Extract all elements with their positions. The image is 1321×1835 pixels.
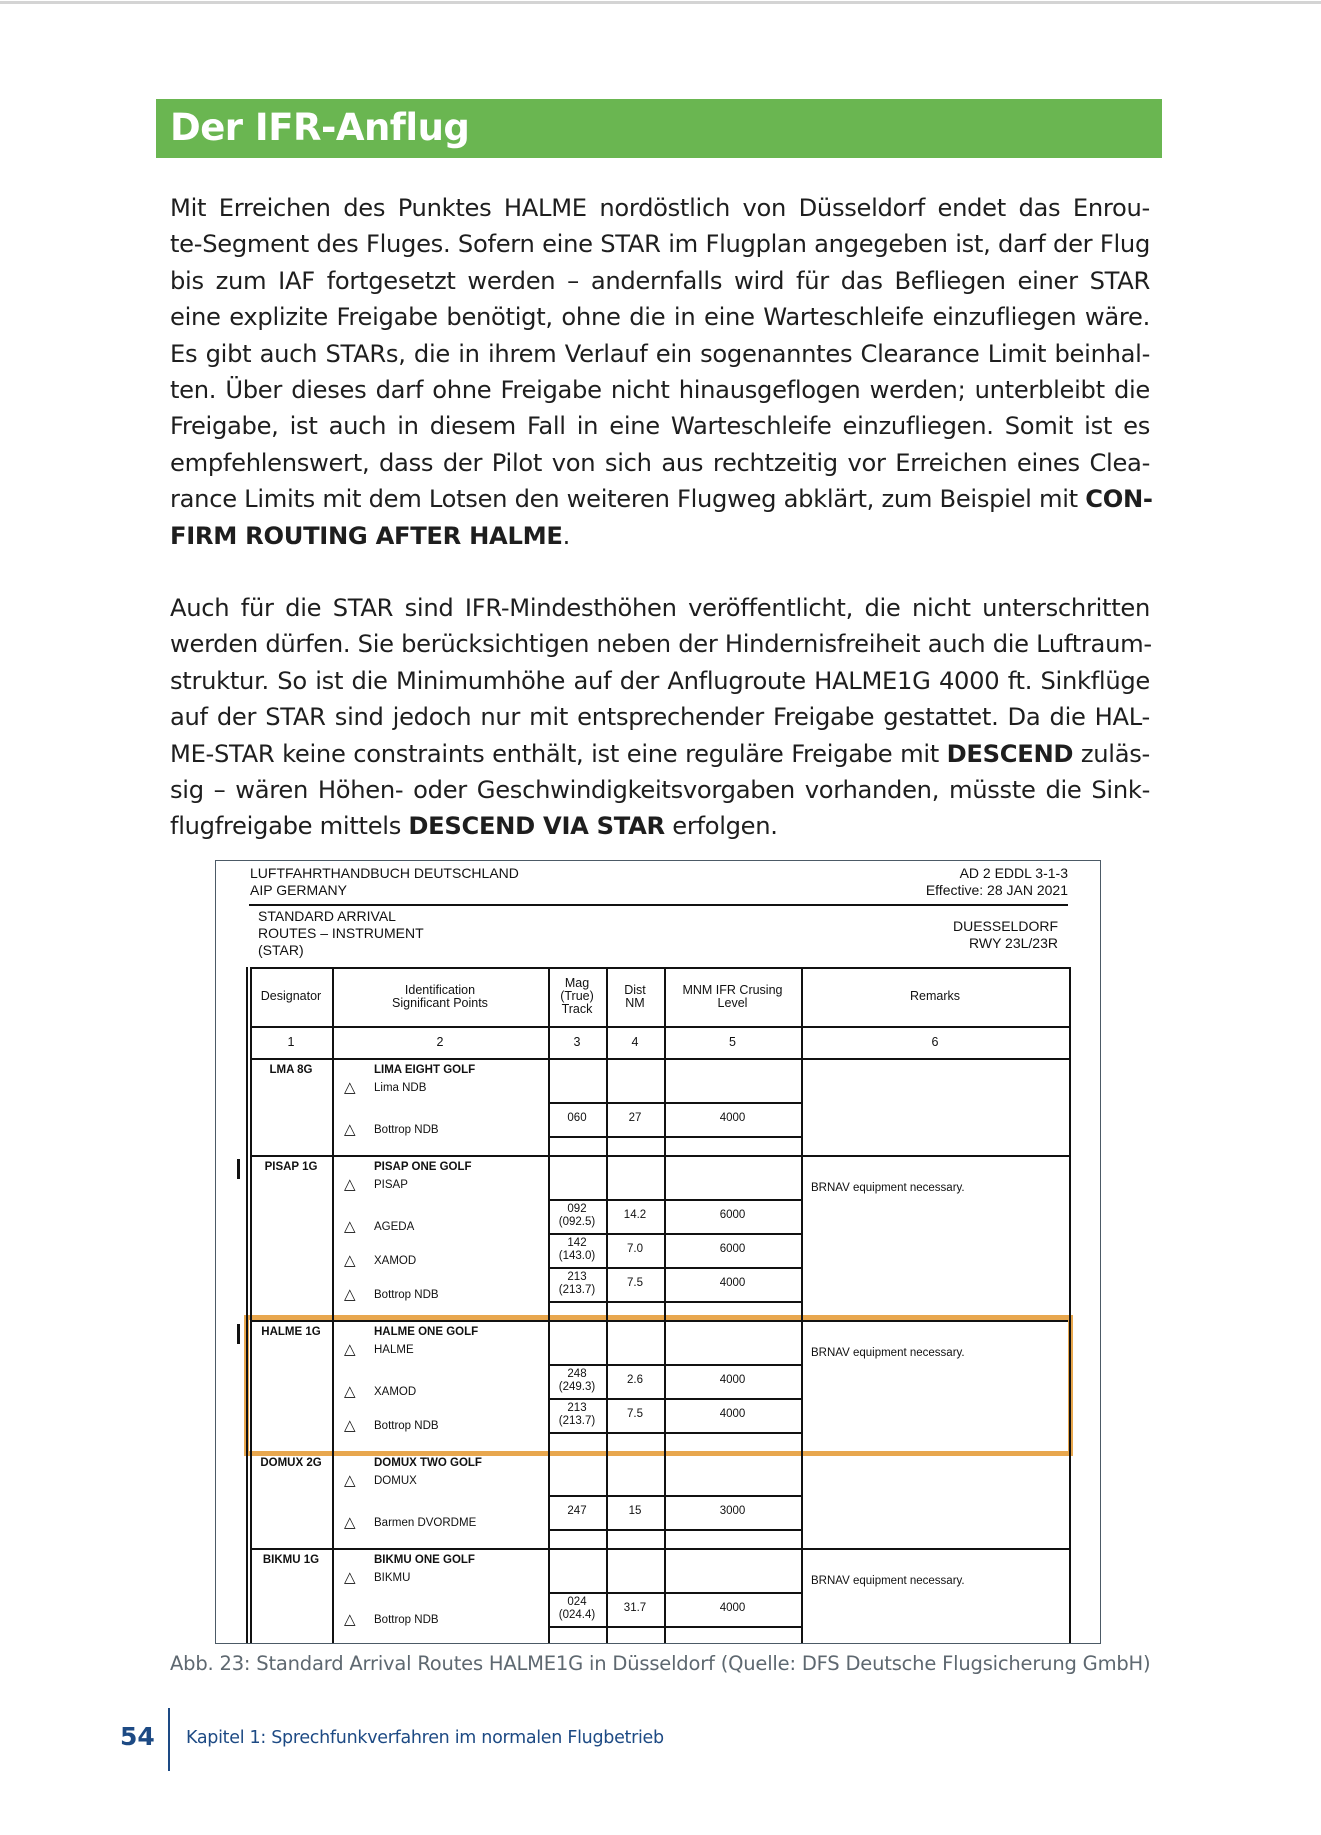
leg-rule — [548, 1626, 803, 1628]
triangle-icon: △ — [344, 1287, 356, 1302]
text-line: empfehlenswert, dass der Pilot von sich … — [170, 445, 1150, 481]
leg-distance: 15 — [606, 1505, 664, 1518]
paragraph-2: Auch für die STAR sind IFR-Mindesthöhen … — [170, 590, 1150, 845]
leg-distance: 7.5 — [606, 1277, 664, 1290]
route-name: LIMA EIGHT GOLF — [374, 1064, 475, 1077]
waypoint-name: Bottrop NDB — [374, 1614, 439, 1627]
triangle-icon: △ — [344, 1080, 356, 1095]
table-column-rule — [801, 967, 803, 1644]
waypoint-name: XAMOD — [374, 1255, 416, 1268]
leg-distance: 7.0 — [606, 1243, 664, 1256]
waypoint-name: Bottrop NDB — [374, 1420, 439, 1433]
table-column-rule — [332, 967, 334, 1644]
column-number: 1 — [250, 1036, 332, 1049]
text-line: te-Segment des Fluges. Sofern eine STAR … — [170, 226, 1150, 262]
table-column-rule — [664, 967, 666, 1644]
figure-caption: Abb. 23: Standard Arrival Routes HALME1G… — [170, 1652, 1150, 1675]
text-run: Es gibt auch STARs, die in ihrem Verlauf… — [170, 340, 1150, 368]
page-number: 54 — [120, 1722, 155, 1751]
leg-distance: 27 — [606, 1112, 664, 1125]
leg-distance: 7.5 — [606, 1408, 664, 1421]
leg-rule — [548, 1199, 803, 1201]
section-title: Der IFR-Anflug — [170, 105, 469, 151]
waypoint-name: BIKMU — [374, 1572, 410, 1585]
waypoint-name: AGEDA — [374, 1221, 414, 1234]
emphasis-phrase: FIRM ROUTING AFTER HALME — [170, 522, 563, 550]
column-number: 4 — [606, 1036, 664, 1049]
header-rule — [250, 1026, 1071, 1028]
text-run: rance Limits mit dem Lotsen den weiteren… — [170, 485, 1085, 513]
text-run: zuläs- — [1073, 740, 1150, 768]
text-run: flugfreigabe mittels — [170, 812, 408, 840]
aip-star-figure: LUFTFAHRTHANDBUCH DEUTSCHLAND AIP GERMAN… — [215, 860, 1101, 1644]
triangle-icon: △ — [344, 1122, 356, 1137]
leg-min-level: 4000 — [664, 1408, 801, 1421]
leg-track: 248 (249.3) — [548, 1368, 606, 1393]
text-run: eine explizite Freigabe benötigt, ohne d… — [170, 303, 1150, 331]
text-line: rance Limits mit dem Lotsen den weiteren… — [170, 481, 1150, 517]
emphasis-phrase: DESCEND — [947, 740, 1074, 768]
leg-rule — [548, 1398, 803, 1400]
change-marker — [237, 1159, 240, 1179]
route-name: HALME ONE GOLF — [374, 1326, 478, 1339]
text-run: Auch für die STAR sind IFR-Mindesthöhen … — [170, 594, 1150, 622]
route-name: PISAP ONE GOLF — [374, 1161, 472, 1174]
emphasis-phrase: CON- — [1085, 485, 1152, 513]
chapter-title: Kapitel 1: Sprechfunkverfahren im normal… — [186, 1728, 664, 1748]
text-line: Freigabe, ist auch in diesem Fall in ein… — [170, 408, 1150, 444]
text-line: ten. Über dieses darf ohne Freigabe nich… — [170, 372, 1150, 408]
route-designator: LMA 8G — [250, 1064, 332, 1077]
leg-rule — [548, 1233, 803, 1235]
route-name: DOMUX TWO GOLF — [374, 1457, 482, 1470]
leg-track: 092 (092.5) — [548, 1203, 606, 1228]
text-line: eine explizite Freigabe benötigt, ohne d… — [170, 299, 1150, 335]
table-column-rule — [246, 967, 248, 1644]
leg-min-level: 3000 — [664, 1505, 801, 1518]
text-run: struktur. So ist die Minimumhöhe auf der… — [170, 667, 1150, 695]
waypoint-name: Barmen DVORDME — [374, 1517, 476, 1530]
triangle-icon: △ — [344, 1515, 356, 1530]
paragraph-1: Mit Erreichen des Punktes HALME nordöstl… — [170, 190, 1150, 554]
leg-rule — [548, 1592, 803, 1594]
column-header: Identification Significant Points — [332, 984, 548, 1010]
text-line: Mit Erreichen des Punktes HALME nordöstl… — [170, 190, 1150, 226]
leg-distance: 14.2 — [606, 1209, 664, 1222]
route-rule — [250, 1155, 1071, 1157]
leg-min-level: 4000 — [664, 1374, 801, 1387]
leg-distance: 2.6 — [606, 1374, 664, 1387]
triangle-icon: △ — [344, 1473, 356, 1488]
leg-rule — [548, 1301, 803, 1303]
waypoint-name: Bottrop NDB — [374, 1124, 439, 1137]
table-column-rule — [250, 967, 252, 1644]
text-run: . — [563, 522, 570, 550]
change-marker — [237, 1324, 240, 1344]
route-designator: PISAP 1G — [250, 1161, 332, 1174]
leg-min-level: 4000 — [664, 1602, 801, 1615]
table-column-rule — [548, 967, 550, 1644]
text-line: werden dürfen. Sie berücksichtigen neben… — [170, 626, 1150, 662]
leg-track: 247 — [548, 1505, 606, 1518]
triangle-icon: △ — [344, 1177, 356, 1192]
route-rule — [250, 1320, 1071, 1322]
triangle-icon: △ — [344, 1570, 356, 1585]
route-designator: BIKMU 1G — [250, 1554, 332, 1567]
text-run: bis zum IAF fortgesetzt werden – andernf… — [170, 267, 1150, 295]
text-run: Freigabe, ist auch in diesem Fall in ein… — [170, 412, 1150, 440]
section-banner: Der IFR-Anflug — [156, 99, 1162, 158]
waypoint-name: Bottrop NDB — [374, 1289, 439, 1302]
text-line: ME-STAR keine constraints enthält, ist e… — [170, 736, 1150, 772]
waypoint-name: HALME — [374, 1344, 414, 1357]
table-top-rule — [250, 967, 1071, 969]
column-header: Dist NM — [606, 984, 664, 1010]
leg-rule — [548, 1136, 803, 1138]
route-remarks: BRNAV equipment necessary. — [811, 1347, 965, 1360]
emphasis-phrase: DESCEND VIA STAR — [408, 812, 664, 840]
column-header: Designator — [250, 990, 332, 1003]
route-designator: HALME 1G — [250, 1326, 332, 1339]
text-line: bis zum IAF fortgesetzt werden – andernf… — [170, 263, 1150, 299]
triangle-icon: △ — [344, 1418, 356, 1433]
text-run: sig – wären Höhen- oder Geschwindigkeits… — [170, 776, 1150, 804]
column-number: 2 — [332, 1036, 548, 1049]
text-line: struktur. So ist die Minimumhöhe auf der… — [170, 663, 1150, 699]
leg-track: 142 (143.0) — [548, 1237, 606, 1262]
leg-min-level: 6000 — [664, 1209, 801, 1222]
route-remarks: BRNAV equipment necessary. — [811, 1575, 965, 1588]
star-table: Designator1Identification Significant Po… — [216, 861, 1100, 1643]
route-designator: DOMUX 2G — [250, 1457, 332, 1470]
leg-track: 060 — [548, 1112, 606, 1125]
route-remarks: BRNAV equipment necessary. — [811, 1182, 965, 1195]
leg-min-level: 4000 — [664, 1277, 801, 1290]
leg-distance: 31.7 — [606, 1602, 664, 1615]
text-line: flugfreigabe mittels DESCEND VIA STAR er… — [170, 808, 1150, 844]
leg-rule — [548, 1495, 803, 1497]
text-run: werden dürfen. Sie berücksichtigen neben… — [170, 630, 1152, 658]
triangle-icon: △ — [344, 1384, 356, 1399]
column-header: Mag (True) Track — [548, 977, 606, 1016]
triangle-icon: △ — [344, 1219, 356, 1234]
text-run: empfehlenswert, dass der Pilot von sich … — [170, 449, 1150, 477]
triangle-icon: △ — [344, 1612, 356, 1627]
leg-rule — [548, 1364, 803, 1366]
text-line: Auch für die STAR sind IFR-Mindesthöhen … — [170, 590, 1150, 626]
table-column-rule — [1069, 967, 1071, 1644]
leg-track: 213 (213.7) — [548, 1271, 606, 1296]
leg-rule — [548, 1529, 803, 1531]
leg-rule — [548, 1267, 803, 1269]
leg-rule — [548, 1432, 803, 1434]
column-header: MNM IFR Crusing Level — [664, 984, 801, 1010]
text-line: FIRM ROUTING AFTER HALME. — [170, 518, 1150, 554]
text-run: te-Segment des Fluges. Sofern eine STAR … — [170, 230, 1150, 258]
text-line: Es gibt auch STARs, die in ihrem Verlauf… — [170, 336, 1150, 372]
column-number: 5 — [664, 1036, 801, 1049]
text-run: erfolgen. — [665, 812, 778, 840]
text-run: Mit Erreichen des Punktes HALME nordöstl… — [170, 194, 1150, 222]
leg-min-level: 6000 — [664, 1243, 801, 1256]
top-border — [0, 1, 1321, 4]
column-number: 6 — [801, 1036, 1069, 1049]
waypoint-name: PISAP — [374, 1179, 408, 1192]
leg-track: 213 (213.7) — [548, 1402, 606, 1427]
waypoint-name: Lima NDB — [374, 1082, 426, 1095]
text-line: sig – wären Höhen- oder Geschwindigkeits… — [170, 772, 1150, 808]
route-rule — [250, 1548, 1071, 1550]
table-column-rule — [606, 967, 608, 1644]
leg-min-level: 4000 — [664, 1112, 801, 1125]
column-number-rule — [250, 1058, 1071, 1060]
waypoint-name: DOMUX — [374, 1475, 417, 1488]
column-header: Remarks — [801, 990, 1069, 1003]
leg-rule — [548, 1102, 803, 1104]
waypoint-name: XAMOD — [374, 1386, 416, 1399]
text-run: auf der STAR sind jedoch nur mit entspre… — [170, 703, 1150, 731]
route-rule — [250, 1451, 1071, 1453]
leg-track: 024 (024.4) — [548, 1596, 606, 1621]
column-number: 3 — [548, 1036, 606, 1049]
route-name: BIKMU ONE GOLF — [374, 1554, 475, 1567]
triangle-icon: △ — [344, 1253, 356, 1268]
text-run: ten. Über dieses darf ohne Freigabe nich… — [170, 376, 1150, 404]
footer-divider — [168, 1708, 170, 1771]
text-line: auf der STAR sind jedoch nur mit entspre… — [170, 699, 1150, 735]
triangle-icon: △ — [344, 1342, 356, 1357]
text-run: ME-STAR keine constraints enthält, ist e… — [170, 740, 947, 768]
